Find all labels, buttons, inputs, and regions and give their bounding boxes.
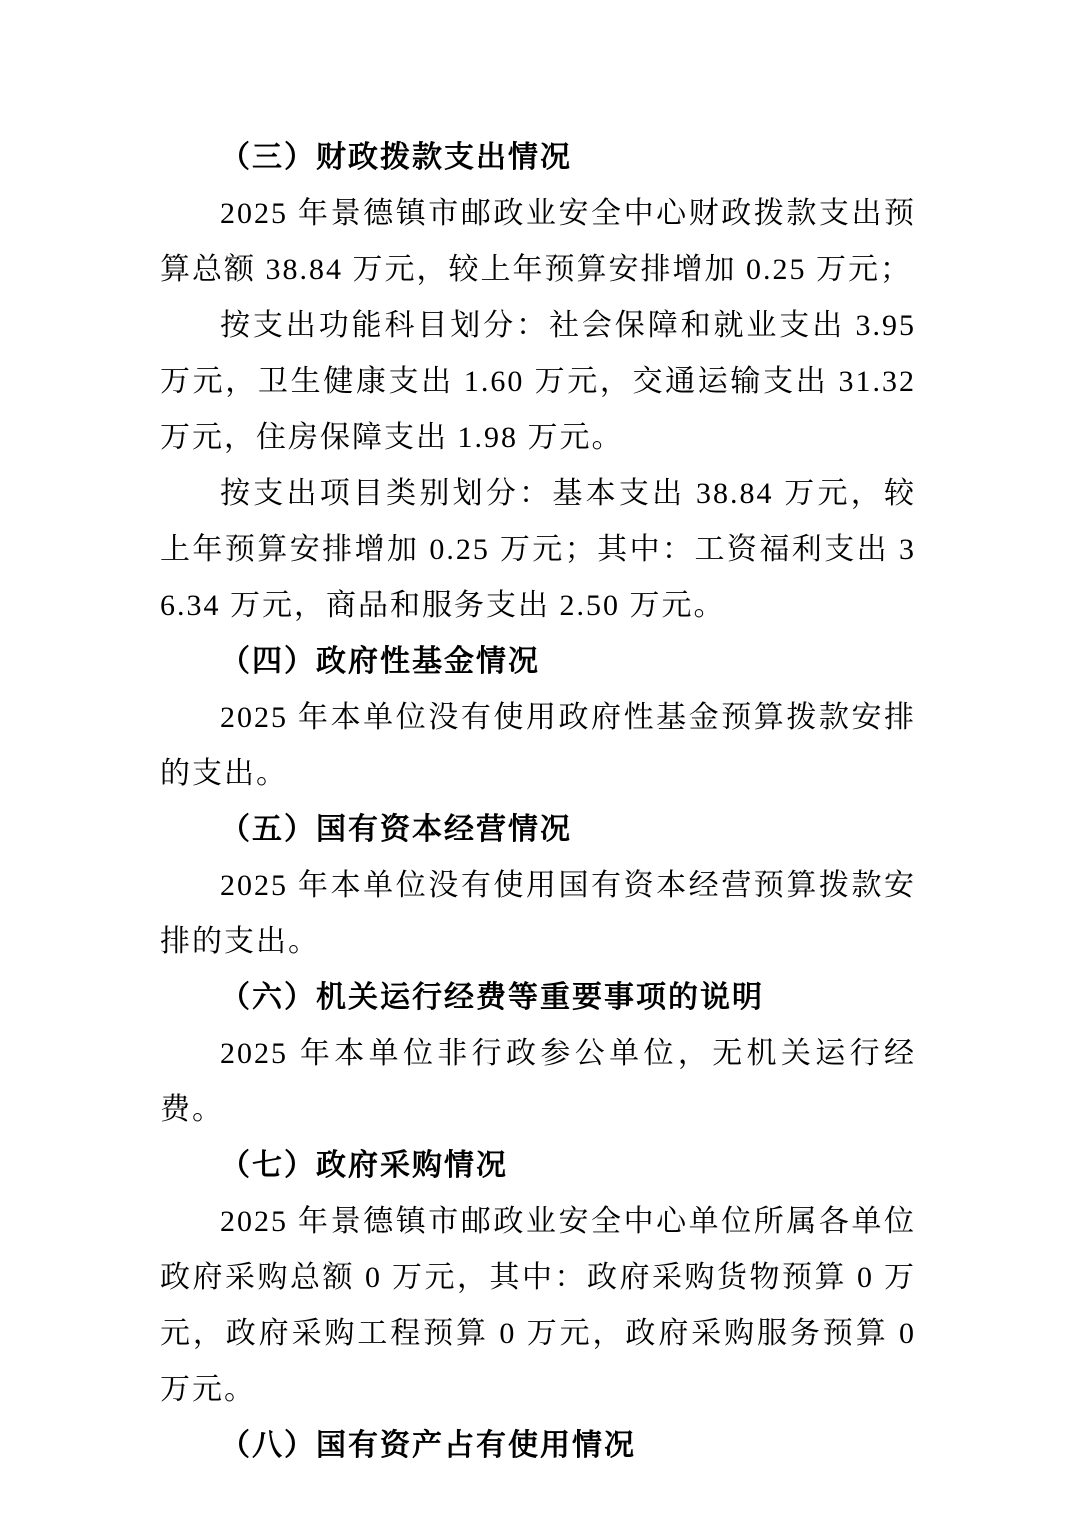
document-page: （三）财政拨款支出情况2025 年景德镇市邮政业安全中心财政拨款支出预算总额 3… [0,0,1074,1520]
section-heading: （八）国有资产占有使用情况 [160,1418,916,1474]
body-paragraph: 2025 年景德镇市邮政业安全中心财政拨款支出预算总额 38.84 万元，较上年… [160,186,916,298]
body-paragraph: 2025 年景德镇市邮政业安全中心单位所属各单位政府采购总额 0 万元，其中：政… [160,1194,916,1418]
body-paragraph: 2025 年本单位没有使用政府性基金预算拨款安排的支出。 [160,690,916,802]
body-paragraph: 2025 年本单位非行政参公单位，无机关运行经费。 [160,1026,916,1138]
section-heading: （四）政府性基金情况 [160,634,916,690]
body-paragraph: 按支出项目类别划分：基本支出 38.84 万元，较上年预算安排增加 0.25 万… [160,466,916,634]
section-heading: （六）机关运行经费等重要事项的说明 [160,970,916,1026]
section-heading: （三）财政拨款支出情况 [160,130,916,186]
body-paragraph: 按支出功能科目划分：社会保障和就业支出 3.95 万元，卫生健康支出 1.60 … [160,298,916,466]
section-heading: （七）政府采购情况 [160,1138,916,1194]
section-heading: （五）国有资本经营情况 [160,802,916,858]
document-content: （三）财政拨款支出情况2025 年景德镇市邮政业安全中心财政拨款支出预算总额 3… [160,130,916,1474]
body-paragraph: 2025 年本单位没有使用国有资本经营预算拨款安排的支出。 [160,858,916,970]
